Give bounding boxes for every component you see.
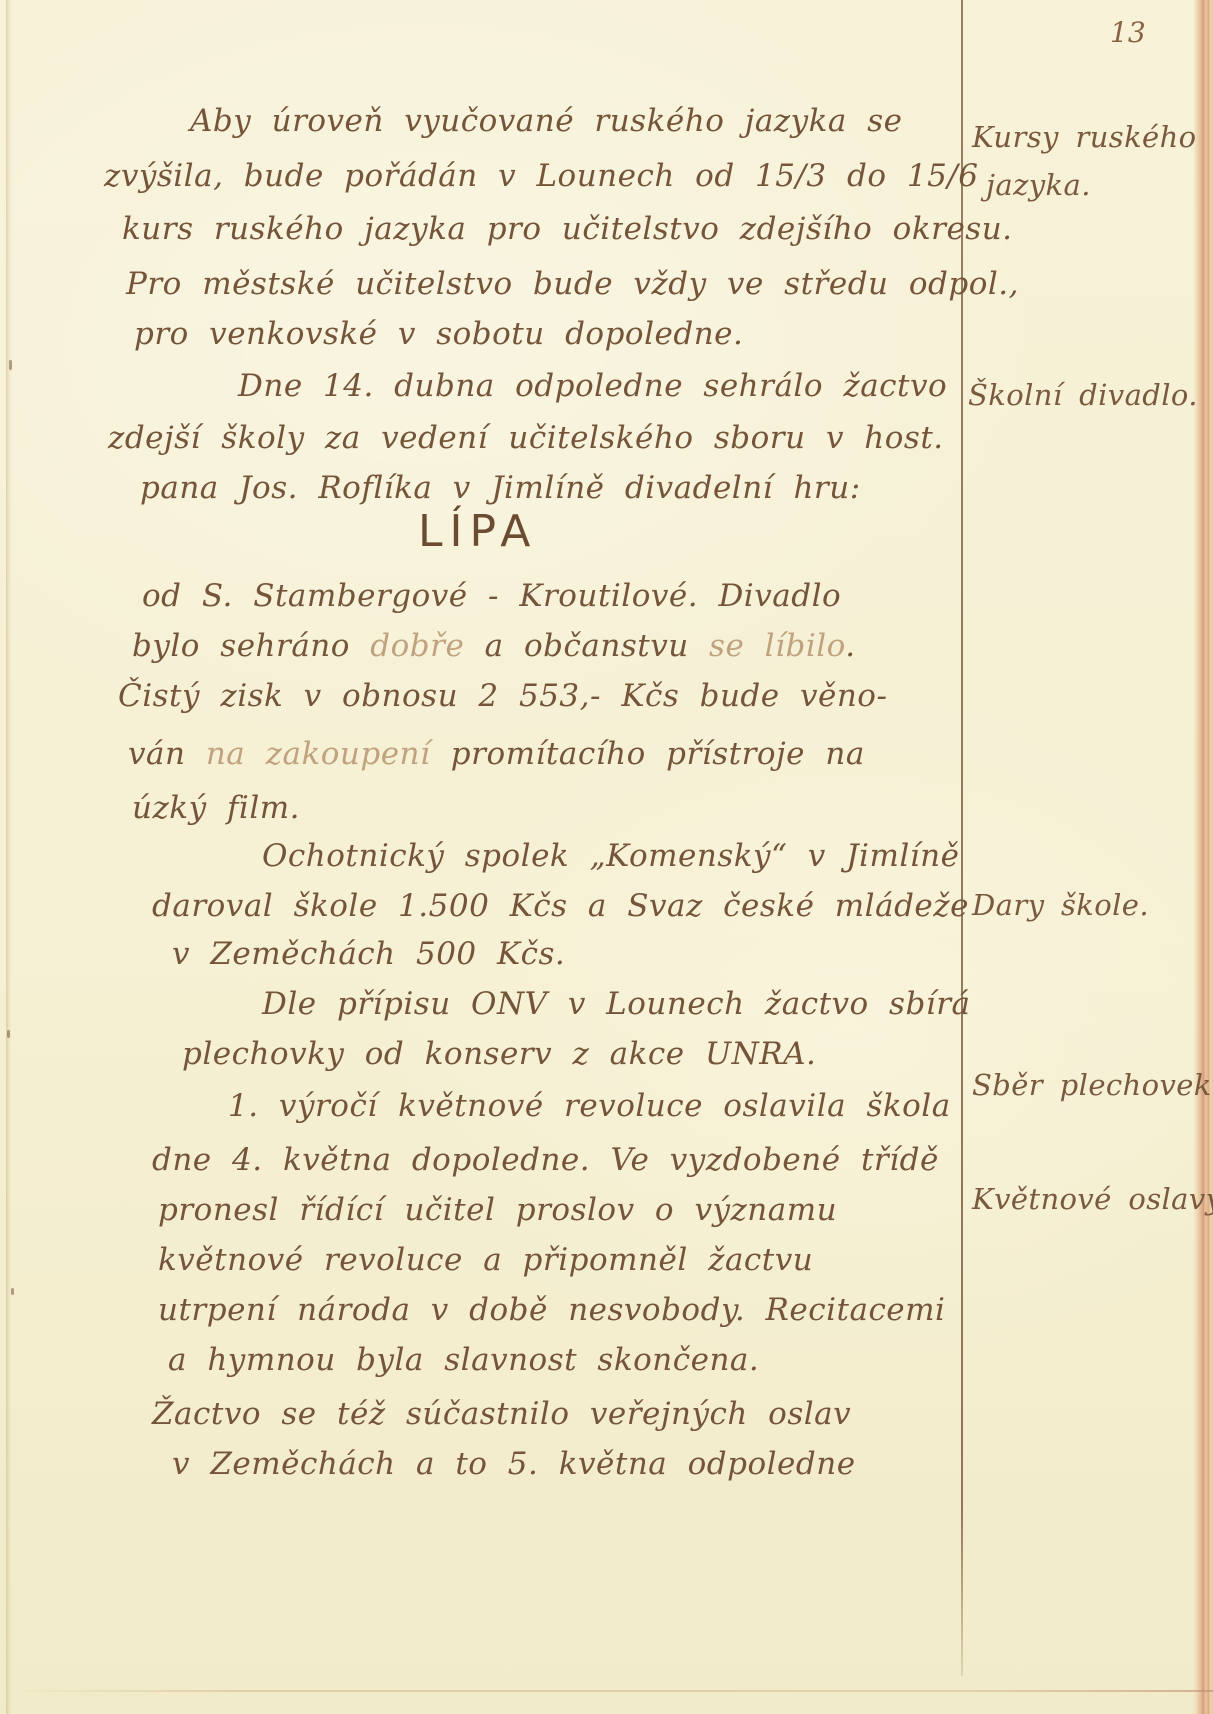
margin-note: Kursy ruského (972, 120, 1197, 154)
text-line: bylo sehráno dobře a občanstvu se líbilo… (132, 628, 856, 664)
text-line: utrpení národa v době nesvobody. Recitac… (158, 1292, 945, 1328)
text-line: Pro městské učitelstvo bude vždy ve stře… (126, 266, 1019, 302)
text-segment-faded: na zakoupení (206, 736, 431, 772)
margin-note: jazyka. (986, 168, 1091, 202)
text-line: Čistý zisk v obnosu 2 553,- Kčs bude věn… (118, 678, 887, 714)
ink-speck (11, 1288, 14, 1295)
margin-note: Květnové oslavy. (972, 1182, 1213, 1216)
margin-rule (961, 0, 963, 1676)
text-segment: . (845, 628, 855, 664)
text-line: v Zeměchách 500 Kčs. (172, 936, 565, 972)
text-line: v Zeměchách a to 5. května odpoledne (172, 1446, 856, 1482)
text-line: Dne 14. dubna odpoledne sehrálo žactvo (238, 368, 947, 404)
text-line: kurs ruského jazyka pro učitelstvo zdejš… (122, 211, 1013, 247)
text-segment: ván (128, 736, 206, 772)
text-line: Žactvo se též súčastnilo veřejných oslav (152, 1396, 851, 1432)
chronicle-page: { "page": { "number": "13" }, "colors": … (0, 0, 1213, 1714)
text-line: daroval škole 1.500 Kčs a Svaz české mlá… (152, 888, 969, 924)
ink-speck (7, 1030, 10, 1038)
text-line: úzký film. (132, 790, 300, 826)
margin-note: Dary škole. (972, 888, 1149, 922)
text-line: zvýšila, bude pořádán v Lounech od 15/3 … (104, 158, 978, 194)
text-line: a hymnou byla slavnost skončena. (168, 1342, 759, 1378)
text-line: Dle přípisu ONV v Lounech žactvo sbírá (262, 986, 971, 1022)
text-line: dne 4. května dopoledne. Ve vyzdobené tř… (152, 1142, 939, 1178)
text-segment: a občanstvu (464, 628, 709, 664)
text-line: Ochotnický spolek „Komenský“ v Jimlíně (262, 838, 959, 874)
page-number: 13 (1110, 16, 1146, 49)
text-line: Aby úroveň vyučované ruského jazyka se (190, 103, 903, 139)
text-segment-faded: se líbilo (709, 628, 845, 664)
text-segment: bylo sehráno (132, 628, 370, 664)
margin-note: Sběr plechovek. (972, 1068, 1213, 1102)
text-line: zdejší školy za vedení učitelského sboru… (108, 420, 944, 456)
text-line: pana Jos. Roflíka v Jimlíně divadelní hr… (140, 470, 861, 506)
margin-note: Školní divadlo. (968, 378, 1198, 412)
page-bottom-edge-line (0, 1690, 1213, 1692)
play-title: LÍPA (418, 506, 537, 557)
text-line: květnové revoluce a připomněl žactvu (158, 1242, 813, 1278)
page-stack-edge (1193, 0, 1213, 1714)
ink-speck (9, 360, 12, 370)
text-segment-faded: dobře (370, 628, 464, 664)
text-line: pro venkovské v sobotu dopoledne. (134, 316, 743, 352)
text-line: plechovky od konserv z akce UNRA. (182, 1036, 816, 1072)
text-segment: promítacího přístroje na (430, 736, 864, 772)
text-line: od S. Stambergové - Kroutilové. Divadlo (142, 578, 841, 614)
page-fold-edge (6, 0, 12, 1714)
text-line: 1. výročí květnové revoluce oslavila ško… (228, 1088, 951, 1124)
text-line: ván na zakoupení promítacího přístroje n… (128, 736, 865, 772)
text-line: pronesl řídící učitel proslov o významu (158, 1192, 837, 1228)
